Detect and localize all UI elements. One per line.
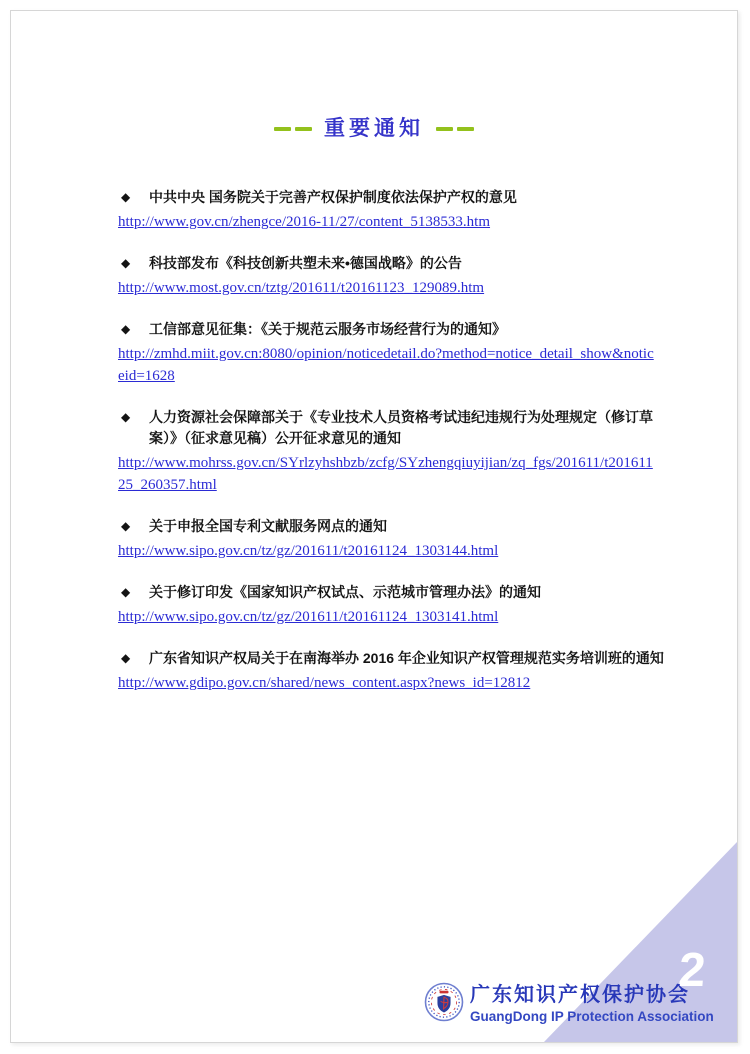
notice-link[interactable]: http://zmhd.miit.gov.cn:8080/opinion/not… xyxy=(118,343,654,387)
notice-heading-text: 关于申报全国专利文献服务网点的通知 xyxy=(149,516,387,537)
notice-heading: ◆ 广东省知识产权局关于在南海举办 2016 年企业知识产权管理规范实务培训班的… xyxy=(118,648,693,669)
list-item: ◆ 关于申报全国专利文献服务网点的通知 http://www.sipo.gov.… xyxy=(118,516,737,562)
page-title: 重要通知 xyxy=(324,116,424,142)
diamond-bullet-icon: ◆ xyxy=(118,319,149,340)
notice-heading: ◆ 科技部发布《科技创新共塑未来•德国战略》的公告 xyxy=(118,253,693,274)
list-item: ◆ 科技部发布《科技创新共塑未来•德国战略》的公告 http://www.mos… xyxy=(118,253,737,299)
title-dash-left xyxy=(272,127,314,131)
association-logo-icon xyxy=(424,982,464,1022)
notice-link[interactable]: http://www.gdipo.gov.cn/shared/news_cont… xyxy=(118,672,654,694)
notice-heading-text: 中共中央 国务院关于完善产权保护制度依法保护产权的意见 xyxy=(149,187,517,208)
title-dash-right xyxy=(434,127,476,131)
notice-heading: ◆ 中共中央 国务院关于完善产权保护制度依法保护产权的意见 xyxy=(118,187,693,208)
list-item: ◆ 中共中央 国务院关于完善产权保护制度依法保护产权的意见 http://www… xyxy=(118,187,737,233)
notice-heading-text: 人力资源社会保障部关于《专业技术人员资格考试违纪违规行为处理规定（修订草案）》（… xyxy=(149,407,669,449)
document-page: 重要通知 ◆ 中共中央 国务院关于完善产权保护制度依法保护产权的意见 http:… xyxy=(10,10,738,1043)
notice-link[interactable]: http://www.gov.cn/zhengce/2016-11/27/con… xyxy=(118,211,654,233)
notice-link[interactable]: http://www.sipo.gov.cn/tz/gz/201611/t201… xyxy=(118,540,654,562)
org-name-en: GuangDong IP Protection Association xyxy=(470,1008,714,1025)
notice-heading: ◆ 工信部意见征集：《关于规范云服务市场经营行为的通知》 xyxy=(118,319,693,340)
notice-heading-text: 关于修订印发《国家知识产权试点、示范城市管理办法》的通知 xyxy=(149,582,541,603)
notice-list: ◆ 中共中央 国务院关于完善产权保护制度依法保护产权的意见 http://www… xyxy=(11,187,737,694)
list-item: ◆ 人力资源社会保障部关于《专业技术人员资格考试违纪违规行为处理规定（修订草案）… xyxy=(118,407,737,496)
diamond-bullet-icon: ◆ xyxy=(118,407,149,449)
diamond-bullet-icon: ◆ xyxy=(118,187,149,208)
notice-heading: ◆ 关于修订印发《国家知识产权试点、示范城市管理办法》的通知 xyxy=(118,582,693,603)
notice-link[interactable]: http://www.most.gov.cn/tztg/201611/t2016… xyxy=(118,277,654,299)
footer-org-names: 广东知识产权保护协会 GuangDong IP Protection Assoc… xyxy=(470,983,714,1025)
diamond-bullet-icon: ◆ xyxy=(118,648,149,669)
notice-heading-text: 科技部发布《科技创新共塑未来•德国战略》的公告 xyxy=(149,253,462,274)
notice-heading-text: 广东省知识产权局关于在南海举办 2016 年企业知识产权管理规范实务培训班的通知 xyxy=(149,648,664,669)
diamond-bullet-icon: ◆ xyxy=(118,253,149,274)
notice-heading: ◆ 人力资源社会保障部关于《专业技术人员资格考试违纪违规行为处理规定（修订草案）… xyxy=(118,407,693,449)
page-title-row: 重要通知 xyxy=(11,116,737,142)
diamond-bullet-icon: ◆ xyxy=(118,516,149,537)
notice-heading-text: 工信部意见征集：《关于规范云服务市场经营行为的通知》 xyxy=(149,319,506,340)
diamond-bullet-icon: ◆ xyxy=(118,582,149,603)
org-name-zh: 广东知识产权保护协会 xyxy=(470,983,714,1008)
notice-link[interactable]: http://www.sipo.gov.cn/tz/gz/201611/t201… xyxy=(118,606,654,628)
notice-link[interactable]: http://www.mohrss.gov.cn/SYrlzyhshbzb/zc… xyxy=(118,452,654,496)
list-item: ◆ 关于修订印发《国家知识产权试点、示范城市管理办法》的通知 http://ww… xyxy=(118,582,737,628)
list-item: ◆ 工信部意见征集：《关于规范云服务市场经营行为的通知》 http://zmhd… xyxy=(118,319,737,387)
list-item: ◆ 广东省知识产权局关于在南海举办 2016 年企业知识产权管理规范实务培训班的… xyxy=(118,648,737,694)
notice-heading: ◆ 关于申报全国专利文献服务网点的通知 xyxy=(118,516,693,537)
